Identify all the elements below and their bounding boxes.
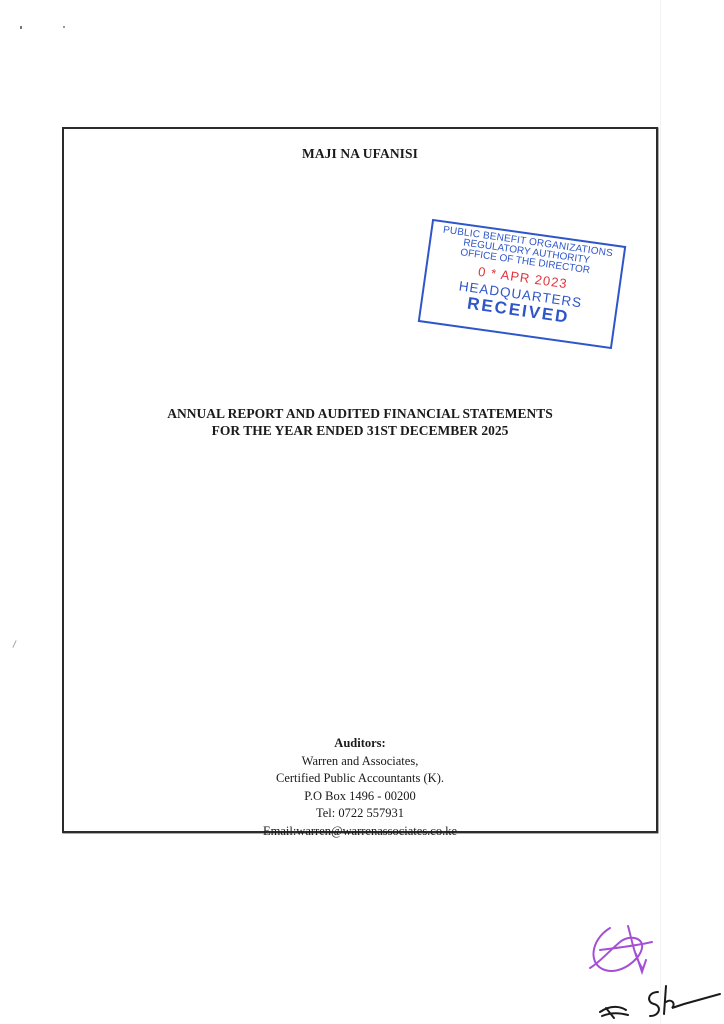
auditor-email: Email:warren@warrenassociates.co.ke xyxy=(64,823,656,841)
auditor-po-box: P.O Box 1496 - 00200 xyxy=(64,788,656,806)
scan-edge-line xyxy=(660,0,661,1024)
auditors-block: Auditors: Warren and Associates, Certifi… xyxy=(64,735,656,840)
report-title-line-2: FOR THE YEAR ENDED 31ST DECEMBER 2025 xyxy=(64,422,656,439)
auditor-designation: Certified Public Accountants (K). xyxy=(64,770,656,788)
auditors-heading: Auditors: xyxy=(64,735,656,753)
organization-name: MAJI NA UFANISI xyxy=(64,146,656,162)
scan-artifact xyxy=(12,640,16,648)
purple-signature-icon xyxy=(590,926,652,972)
scan-artifact xyxy=(20,26,22,29)
black-signature-icon xyxy=(600,986,720,1018)
cover-page-frame: MAJI NA UFANISI ANNUAL REPORT AND AUDITE… xyxy=(62,127,658,833)
auditor-firm: Warren and Associates, xyxy=(64,753,656,771)
report-title: ANNUAL REPORT AND AUDITED FINANCIAL STAT… xyxy=(64,405,656,439)
scan-artifact xyxy=(63,26,65,28)
report-title-line-1: ANNUAL REPORT AND AUDITED FINANCIAL STAT… xyxy=(64,405,656,422)
signature-marks xyxy=(580,920,724,1024)
auditor-tel: Tel: 0722 557931 xyxy=(64,805,656,823)
signatures-area xyxy=(580,920,724,1024)
